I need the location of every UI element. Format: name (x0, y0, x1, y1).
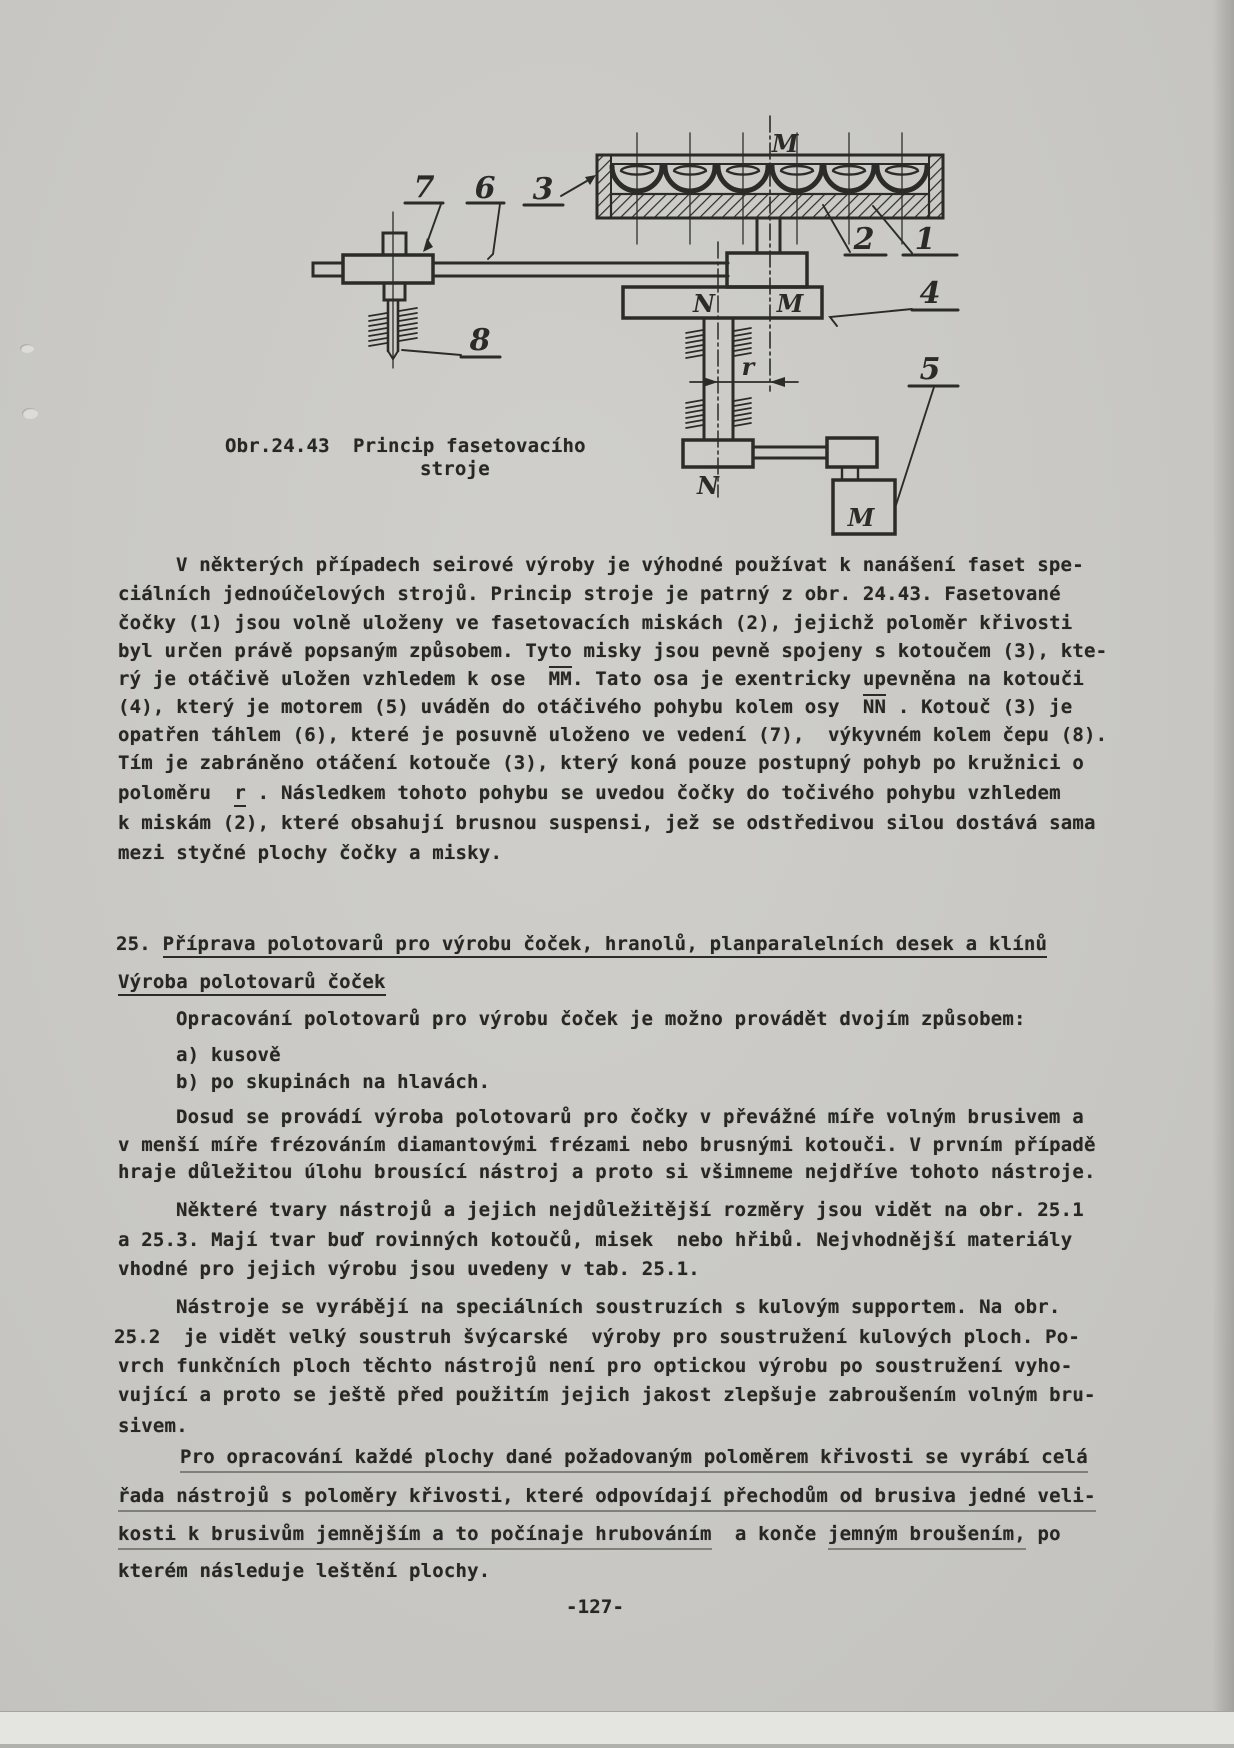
part-label-1: 1 (915, 222, 936, 257)
axis-nn-overline: NN (863, 694, 886, 718)
text-line: poloměru r . Následkem tohoto pohybu se … (118, 782, 1061, 804)
scanned-document-page: 7 6 3 2 1 4 5 8 M N M N M r Obr.24.43 Pr… (0, 0, 1234, 1748)
list-item: b) po skupinách na hlavách. (176, 1071, 490, 1093)
text-line: hraje důležitou úlohu brousící nástroj a… (118, 1161, 1096, 1183)
page-number: -127- (566, 1596, 624, 1618)
drive-block (827, 438, 877, 467)
figure-diagram: 7 6 3 2 1 4 5 8 M N M N M r (200, 90, 980, 550)
text-line: v menší míře frézováním diamantovými fré… (118, 1134, 1096, 1156)
axis-label-m-carrier: M (776, 289, 805, 318)
text-run: . Kotouč (3) je (886, 696, 1072, 718)
text-line: čočky (1) jsou volně uloženy ve fasetova… (118, 612, 1072, 634)
text-line: Tím je zabráněno otáčení kotouče (3), kt… (118, 752, 1084, 774)
part-label-6: 6 (475, 171, 496, 206)
text-run: rý je otáčivě uložen vzhledem k ose (118, 668, 549, 690)
text-line: Dosud se provádí výroba polotovarů pro č… (176, 1106, 1084, 1128)
list-item: a) kusově (176, 1044, 281, 1066)
text-line-pencil-underlined: řada nástrojů s poloměry křivosti, které… (118, 1485, 1096, 1507)
pencil-underlined-run: jemným broušením, (828, 1523, 1026, 1550)
part-label-3: 3 (533, 172, 554, 207)
text-line: 25.2 je vidět velký soustruh švýcarské v… (114, 1326, 1080, 1348)
radius-r-underlined: r (234, 782, 246, 807)
text-run: . Tato osa je exentricky upevněna na kot… (572, 668, 1084, 690)
text-line: vující a proto se ještě před použitím je… (118, 1384, 1096, 1406)
part-label-7: 7 (414, 170, 435, 205)
axis-label-m-top: M (771, 129, 800, 158)
text-line: vrch funkčních ploch těchto nástrojů nen… (118, 1355, 1072, 1377)
text-line: k miskám (2), které obsahují brusnou sus… (118, 812, 1096, 834)
text-line: rý je otáčivě uložen vzhledem k ose MM. … (118, 668, 1084, 690)
text-line: Opracování polotovarů pro výrobu čoček j… (176, 1008, 1026, 1030)
axis-mm-overline: MM (549, 666, 572, 690)
axis-label-m-motor: M (847, 503, 876, 532)
part-label-5: 5 (920, 352, 941, 387)
scanner-edge-bottom-line (0, 1744, 1234, 1748)
tray-hatched-strip (611, 194, 929, 218)
text-run: a konče (712, 1523, 828, 1545)
text-run: . Následkem tohoto pohybu se uvedou čočk… (246, 782, 1061, 804)
motor-stub (842, 467, 858, 480)
text-line: byl určen právě popsaným způsobem. Tyto … (118, 640, 1107, 662)
figure-caption-line1: Obr.24.43 Princip fasetovacího (225, 435, 586, 457)
part-label-4: 4 (920, 276, 941, 311)
text-line: a 25.3. Mají tvar buď rovinných kotoučů,… (118, 1229, 1072, 1251)
text-run: po (1026, 1523, 1061, 1545)
section-heading: 25. Příprava polotovarů pro výrobu čoček… (116, 933, 1047, 955)
axis-label-n-carrier: N (692, 289, 716, 318)
axis-label-n-bottom: N (696, 471, 720, 500)
text-line: Některé tvary nástrojů a jejich nejdůlež… (176, 1199, 1084, 1221)
guide-block-vedeni (313, 233, 433, 300)
text-line: mezi styčné plochy čočky a misky. (118, 842, 502, 864)
pencil-underlined-run: kosti k brusivům jemnějším a to počínaje… (118, 1523, 712, 1550)
text-line: (4), který je motorem (5) uváděn do otáč… (118, 696, 1072, 718)
page-edge-shadow-right (1212, 0, 1234, 1748)
text-line-pencil-underlined: Pro opracování každé plochy dané požadov… (180, 1446, 1088, 1468)
paper-dent (22, 408, 38, 419)
text-line: Nástroje se vyrábějí na speciálních sous… (176, 1296, 1061, 1318)
figure-caption-line2: stroje (420, 458, 490, 480)
r-dimension-label: r (742, 352, 757, 381)
upper-bearing-block (727, 253, 807, 287)
text-run: (4), který je motorem (5) uváděn do otáč… (118, 696, 863, 718)
pencil-underlined-run: řada nástrojů s poloměry křivosti, které… (118, 1485, 1096, 1512)
rod-tahlo (433, 263, 728, 276)
part-label-2: 2 (853, 222, 875, 257)
text-line: kterém následuje leštění plochy. (118, 1560, 490, 1582)
text-run: poloměru (118, 782, 234, 804)
paper-dent (20, 344, 34, 353)
pencil-underlined-run: Pro opracování každé plochy dané požadov… (180, 1446, 1088, 1473)
section-subheading: Výroba polotovarů čoček (118, 971, 386, 993)
text-line-pencil-underlined: kosti k brusivům jemnějším a to počínaje… (118, 1523, 1061, 1545)
subsection-title-underlined: Výroba polotovarů čoček (118, 971, 386, 996)
section-number: 25. (116, 933, 163, 955)
text-line: ciálních jednoúčelových strojů. Princip … (118, 583, 1061, 605)
scanner-edge-bottom (0, 1711, 1234, 1748)
drive-link (753, 447, 827, 458)
text-line: sivem. (118, 1415, 188, 1437)
tray-shaft (757, 218, 780, 253)
section-title-underlined: Příprava polotovarů pro výrobu čoček, hr… (163, 933, 1048, 958)
text-line: vhodné pro jejich výrobu jsou uvedeny v … (118, 1258, 700, 1280)
part-label-8: 8 (469, 323, 491, 358)
text-line: V některých případech seirové výroby je … (176, 554, 1084, 576)
text-line: opatřen táhlem (6), které je posuvně ulo… (118, 724, 1107, 746)
